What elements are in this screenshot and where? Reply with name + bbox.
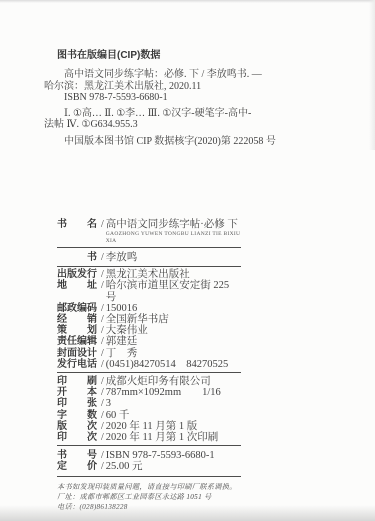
row-label: 书 号 [57, 450, 97, 461]
printer-note-quality: 本书如发现印装质量问题，请直接与印刷厂联系调换。 [57, 482, 241, 492]
colophon-row-writer: 书 / 李放鸣 [57, 252, 241, 263]
row-separator: / [101, 450, 104, 461]
row-value: 成都火炬印务有限公司 [106, 376, 211, 387]
scan-edge-top [0, 0, 375, 3]
row-separator: / [101, 410, 104, 421]
row-label: 开 本 [57, 387, 97, 398]
row-separator: / [101, 303, 104, 314]
row-label: 印 刷 [57, 376, 97, 387]
cip-registry-line: 中国版本图书馆 CIP 数据核字(2020)第 222058 号 [44, 136, 324, 148]
row-value: 60 千 [106, 410, 130, 421]
row-value: 2020 年 11 月第 1 版 [106, 421, 198, 432]
row-value: 哈尔滨市道里区安定街 225 号 [106, 280, 241, 302]
row-label: 地 址 [57, 280, 97, 291]
row-separator: / [101, 280, 104, 291]
row-label: 责任编辑 [57, 336, 97, 347]
row-label: 策 划 [57, 325, 97, 336]
row-label: 书 名 [57, 219, 97, 231]
colophon-row-printer: 印 刷 / 成都火炬印务有限公司 [57, 376, 241, 387]
row-separator: / [101, 219, 104, 231]
colophon-row-edition: 版 次 / 2020 年 11 月第 1 版 [57, 421, 241, 432]
row-label: 印 张 [57, 398, 97, 409]
row-separator: / [101, 336, 104, 347]
row-label: 邮政编码 [57, 303, 97, 314]
colophon-row-word-count: 字 数 / 60 千 [57, 410, 241, 421]
colophon-row-planner: 策 划 / 大秦伟业 [57, 325, 241, 336]
row-separator: / [101, 461, 104, 472]
colophon-group-publishing: 出版发行 / 黑龙江美术出版社 地 址 / 哈尔滨市道里区安定街 225 号 邮… [57, 267, 241, 373]
row-value: 李放鸣 [106, 252, 138, 263]
row-label: 出版发行 [57, 269, 97, 280]
colophon-table: 书 名 / 高中语文同步练字帖·必修 下 GAOZHONG YUWEN TONG… [57, 219, 241, 512]
row-value: 787mm×1092mm 1/16 [106, 387, 221, 398]
row-separator: / [101, 348, 104, 359]
colophon-row-publisher: 出版发行 / 黑龙江美术出版社 [57, 269, 241, 280]
row-value: 25.00 元 [106, 461, 143, 472]
row-label: 定 价 [57, 461, 97, 472]
scan-edge-bottom [0, 505, 375, 521]
colophon-row-isbn: 书 号 / ISBN 978-7-5593-6680-1 [57, 450, 241, 461]
cip-classification-line-2: 法帖 Ⅳ. ①G634.955.3 [44, 119, 324, 131]
printer-note-address: 厂址：成都市郫都区工业园泰区永达路 1051 号 [57, 492, 241, 502]
colophon-row-address: 地 址 / 哈尔滨市道里区安定街 225 号 [57, 280, 241, 302]
cip-isbn-line: ISBN 978-7-5593-6680-1 [44, 92, 324, 104]
cip-heading: 图书在版编目(CIP)数据 [57, 50, 324, 62]
colophon-row-impression: 印 次 / 2020 年 11 月第 1 次印刷 [57, 432, 241, 443]
row-separator: / [101, 359, 104, 370]
row-separator: / [101, 421, 104, 432]
colophon-group-printing: 印 刷 / 成都火炬印务有限公司 开 本 / 787mm×1092mm 1/16… [57, 373, 241, 446]
colophon-row-distributor: 经 销 / 全国新华书店 [57, 314, 241, 325]
row-value: 郭建廷 [106, 336, 138, 347]
row-separator: / [101, 325, 104, 336]
scan-edge-right [369, 0, 375, 150]
row-value: 高中语文同步练字帖·必修 下 GAOZHONG YUWEN TONGBU LIA… [106, 219, 241, 245]
row-separator: / [101, 314, 104, 325]
row-value: 大秦伟业 [106, 325, 148, 336]
colophon-row-editor: 责任编辑 / 郭建廷 [57, 336, 241, 347]
row-label: 经 销 [57, 314, 97, 325]
colophon-group-isbn-price: 书 号 / ISBN 978-7-5593-6680-1 定 价 / 25.00… [57, 446, 241, 476]
cip-classification-line-1: Ⅰ. ①高… Ⅱ. ①李… Ⅲ. ①汉字-硬笔字-高中- [44, 108, 324, 120]
colophon-row-format: 开 本 / 787mm×1092mm 1/16 [57, 387, 241, 398]
row-value: 黑龙江美术出版社 [106, 269, 190, 280]
row-value: 2020 年 11 月第 1 次印刷 [106, 432, 219, 443]
row-value: 全国新华书店 [106, 314, 169, 325]
cip-record-line-1: 高中语文同步练字帖：必修. 下 / 李放鸣书. — [44, 69, 324, 81]
row-label: 书 [57, 252, 97, 263]
colophon-row-title: 书 名 / 高中语文同步练字帖·必修 下 GAOZHONG YUWEN TONG… [57, 219, 241, 245]
row-label: 发行电话 [57, 359, 97, 370]
colophon-row-sales-phone: 发行电话 / (0451)84270514 84270525 [57, 359, 241, 370]
colophon-row-postcode: 邮政编码 / 150016 [57, 303, 241, 314]
row-value: (0451)84270514 84270525 [106, 359, 229, 370]
row-label: 字 数 [57, 410, 97, 421]
colophon-row-sheets: 印 张 / 3 [57, 398, 241, 409]
colophon-row-price: 定 价 / 25.00 元 [57, 461, 241, 472]
row-value: ISBN 978-7-5593-6680-1 [106, 450, 215, 461]
book-title: 高中语文同步练字帖·必修 下 [106, 219, 238, 230]
row-label: 印 次 [57, 432, 97, 443]
row-separator: / [101, 269, 104, 280]
row-separator: / [101, 387, 104, 398]
copyright-page: 图书在版编目(CIP)数据 高中语文同步练字帖：必修. 下 / 李放鸣书. — … [0, 0, 375, 521]
row-label: 封面设计 [57, 348, 97, 359]
colophon-row-cover-design: 封面设计 / 丁 秀 [57, 348, 241, 359]
cip-data-block: 图书在版编目(CIP)数据 高中语文同步练字帖：必修. 下 / 李放鸣书. — … [44, 50, 324, 147]
row-separator: / [101, 376, 104, 387]
row-label: 版 次 [57, 421, 97, 432]
row-separator: / [101, 432, 104, 443]
colophon-group-title: 书 名 / 高中语文同步练字帖·必修 下 GAOZHONG YUWEN TONG… [57, 219, 241, 248]
row-separator: / [101, 252, 104, 263]
cip-record-line-2: 哈尔滨：黑龙江美术出版社, 2020.11 [44, 81, 324, 93]
book-title-pinyin: GAOZHONG YUWEN TONGBU LIANZI TIE BIXIU X… [106, 231, 241, 245]
row-value: 3 [106, 398, 111, 409]
colophon-group-writer: 书 / 李放鸣 [57, 248, 241, 267]
row-value: 150016 [106, 303, 138, 314]
row-separator: / [101, 398, 104, 409]
row-value: 丁 秀 [106, 348, 138, 359]
